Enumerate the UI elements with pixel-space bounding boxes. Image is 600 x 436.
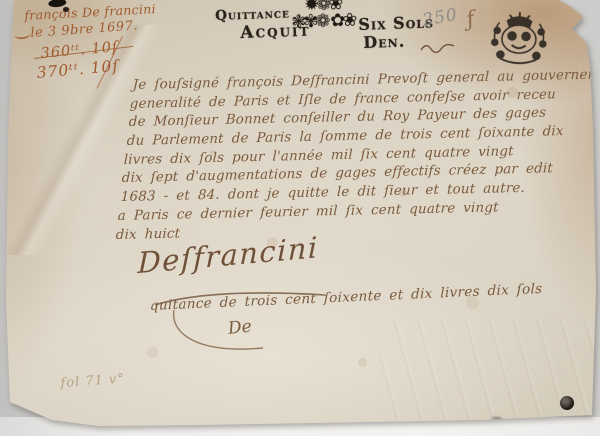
fee-underline-flourish: [420, 42, 458, 54]
paraph-mark: ƒ: [464, 6, 477, 31]
royal-arms-stamp-icon: [484, 8, 554, 66]
paper-sheet-wrap: Quittance Acquit ✹❁❀ ❃✾❁ ✿❀ Six Sols Den…: [0, 0, 600, 436]
fee-annotation: 250: [421, 5, 459, 31]
collector-mark: [560, 396, 574, 410]
paper-sheet: Quittance Acquit ✹❁❀ ❃✾❁ ✿❀ Six Sols Den…: [0, 0, 600, 436]
manuscript-line: dix huict: [116, 227, 181, 243]
stamp-ornament-icon: ✹❁❀ ❃✾❁ ✿❀: [287, 0, 358, 31]
folio-note: fol 71 v°: [60, 372, 125, 391]
docket-flourish-text: De: [227, 317, 253, 339]
ink-blot: [63, 7, 69, 12]
document-photo: Quittance Acquit ✹❁❀ ❃✾❁ ✿❀ Six Sols Den…: [0, 0, 600, 436]
print-den-label: Den.: [363, 32, 406, 52]
paper-wrinkles: [380, 320, 595, 425]
ink-smudge: [491, 416, 502, 421]
